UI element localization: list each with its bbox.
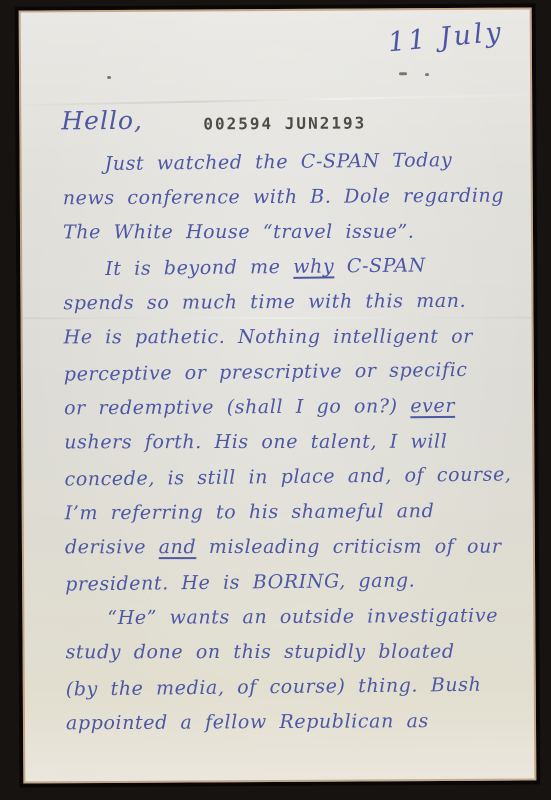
letter-line: “He” wants an outside investigative [65,599,519,637]
letter-line: appointed a fellow Republican as [66,704,520,742]
letter-text: perceptive or prescriptive or specific [64,359,468,386]
letter-text: or redemptive (shall I go on?) [64,395,410,419]
letter-date: 11 July [387,17,505,59]
letter-line: (by the media, of course) thing. Bush [66,667,520,707]
letter-text: news conference with B. Dole regarding [63,185,504,210]
letter-greeting: Hello, [61,106,143,135]
paper-speck [107,76,111,79]
paper-speck [425,73,429,76]
underlined-word: ever [410,395,455,417]
letter-line: He is pathetic. Nothing intelligent or [64,320,518,356]
letter-text: He is pathetic. Nothing intelligent or [64,326,473,349]
letter-text: Just watched the C-SPAN Today [104,149,452,175]
underlined-word: why [293,255,334,277]
letter-text: president. He is BORING, gang. [65,570,415,596]
letter-body: Just watched the C-SPAN Todaynews confer… [62,144,520,742]
letter-line: concede, is still in place and, of cours… [64,457,518,497]
letter-text: C-SPAN [334,254,426,277]
letter-line: perceptive or prescriptive or specific [64,352,518,392]
letter-line: ushers forth. His one talent, I will [64,425,518,461]
letter-line: study done on this stupidly bloated [66,635,520,671]
letter-text: derisive [65,536,159,558]
letter-paper: 11 July Hello, 002594 JUN2193 Just watch… [19,7,537,783]
letter-line: I’m referring to his shameful and [65,494,519,532]
letter-text: The White House “travel issue”. [63,221,415,244]
letter-text: “He” wants an outside investigative [107,605,498,629]
letter-line: spends so much time with this man. [63,284,517,322]
paper-crease [19,93,537,106]
underlined-word: and [159,536,197,558]
letter-line: or redemptive (shall I go on?) ever [64,389,518,427]
letter-line: president. He is BORING, gang. [65,562,519,602]
letter-line: news conference with B. Dole regarding [63,179,517,217]
letter-text: (by the media, of course) thing. Bush [66,674,482,701]
letter-line: derisive and misleading criticism of our [65,530,519,566]
letter-text: ushers forth. His one talent, I will [64,431,447,454]
letter-text: spends so much time with this man. [63,290,466,314]
scan-background: { "letter": { "date": "11 July", "greeti… [0,0,551,800]
letter-text: appointed a fellow Republican as [66,710,429,734]
letter-text: study done on this stupidly bloated [66,641,455,664]
letter-text: misleading criticism of our [196,536,501,559]
letter-line: The White House “travel issue”. [63,215,517,251]
received-stamp: 002594 JUN2193 [203,113,366,133]
letter-line: Just watched the C-SPAN Today [62,142,516,182]
letter-line: It is beyond me why C-SPAN [63,247,517,287]
letter-text: concede, is still in place and, of cours… [64,463,511,490]
letter-text: I’m referring to his shameful and [65,500,435,524]
paper-speck [399,72,407,75]
letter-text: It is beyond me [105,256,293,280]
